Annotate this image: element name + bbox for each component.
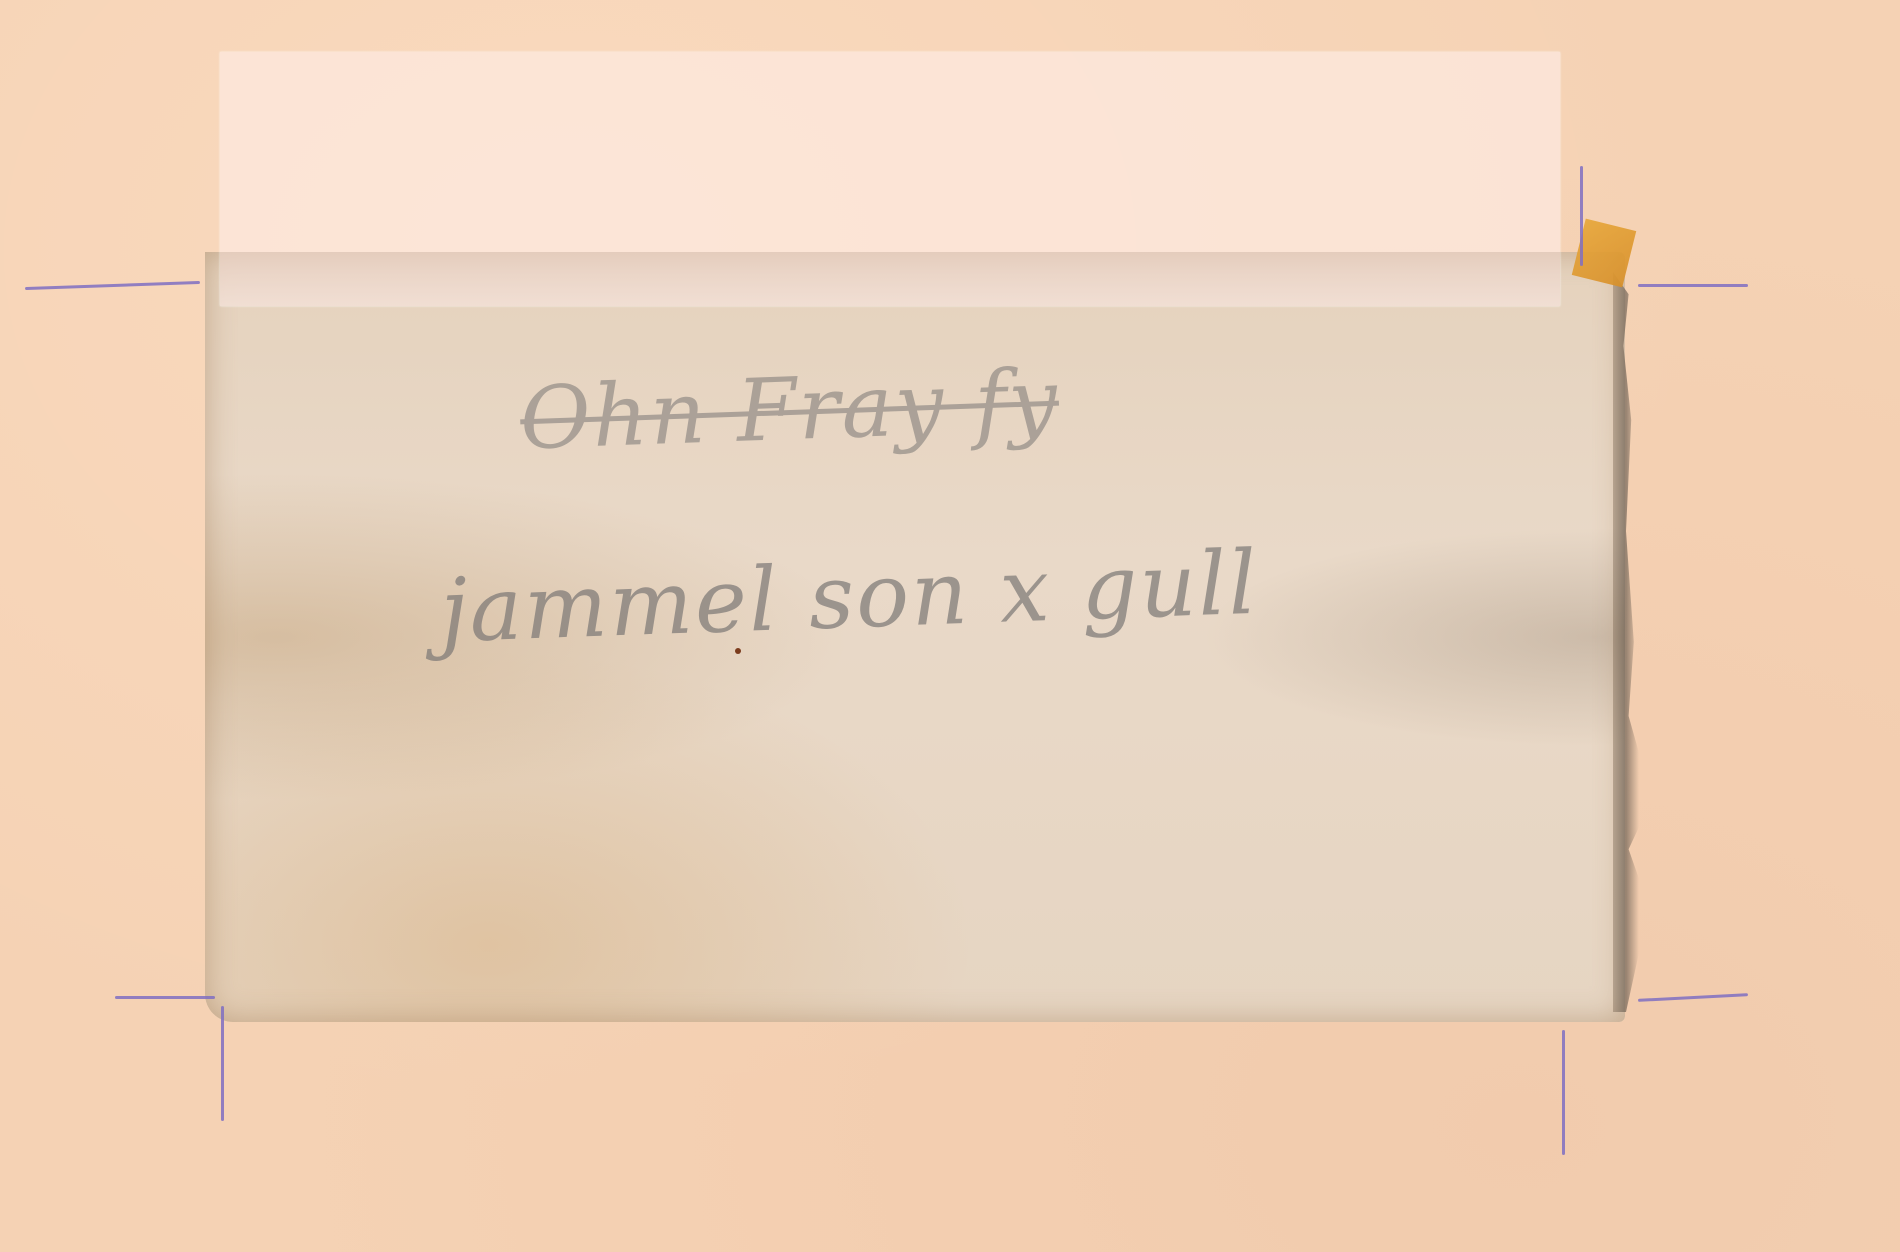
- corner-mark-top-right-vertical: [1580, 166, 1583, 266]
- hinge-tape: [220, 52, 1560, 306]
- corner-mark-bottom-left-vertical: [221, 1006, 224, 1121]
- crossed-out-signature: Ohn Fray fy: [518, 351, 1060, 470]
- tape-overlap: [220, 252, 1560, 306]
- stain-speck: [735, 648, 741, 654]
- corner-mark-top-right-horizontal: [1638, 284, 1748, 287]
- corner-mark-bottom-right-vertical: [1562, 1030, 1565, 1155]
- corner-mark-bottom-left-horizontal: [115, 996, 215, 999]
